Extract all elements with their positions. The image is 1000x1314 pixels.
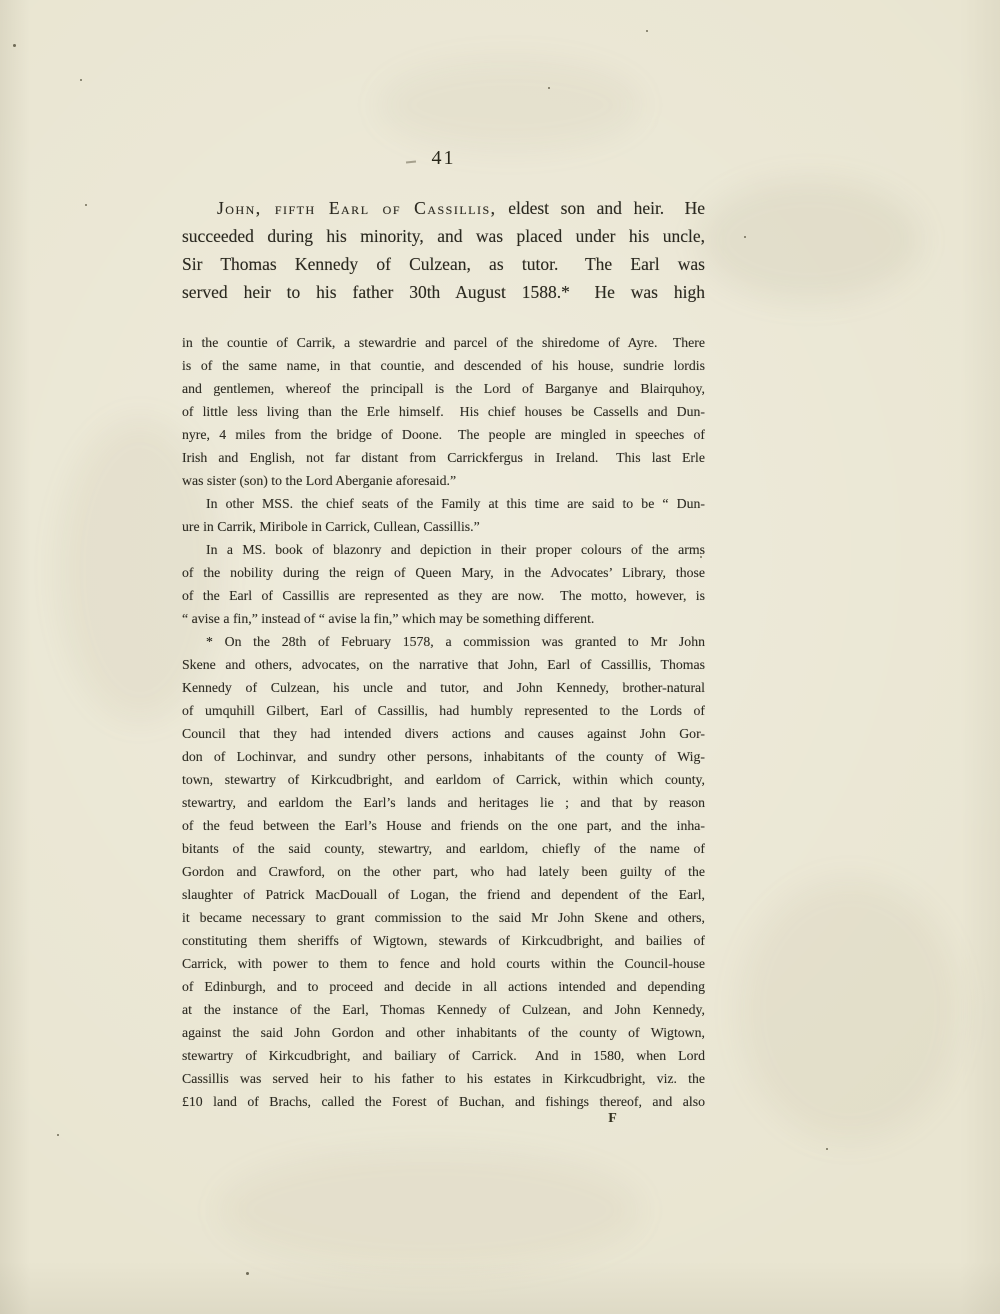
footnote-line: Council that they had intended divers ac… (182, 722, 705, 745)
footnote-line: “ avise a fin,” instead of “ avise la fi… (182, 607, 705, 630)
footnote-line: of the Earl of Cassillis are represented… (182, 584, 705, 607)
footnote-line: bitants of the said county, stewartry, a… (182, 837, 705, 860)
footnote-line: of little less living than the Erle hims… (182, 400, 705, 423)
paper-speck (646, 30, 648, 32)
scanned-book-page: 41 John, fifth Earl of Cassillis, eldest… (0, 0, 1000, 1314)
main-text-line: Sir Thomas Kennedy of Culzean, as tutor.… (182, 250, 705, 278)
footnote-line: of the feud between the Earl’s House and… (182, 814, 705, 837)
paper-blotch (220, 1150, 640, 1270)
smallcaps-name: John, fifth Earl of Cassillis, (217, 198, 497, 218)
footnote-line: * On the 28th of February 1578, a commis… (182, 630, 705, 653)
paper-speck (13, 44, 16, 47)
main-text-lead-line: John, fifth Earl of Cassillis, eldest so… (182, 194, 705, 222)
footnote-line: slaughter of Patrick MacDouall of Logan,… (182, 883, 705, 906)
paper-speck (744, 236, 746, 238)
footnote-line: Kennedy of Culzean, his uncle and tutor,… (182, 676, 705, 699)
footnote-line: at the instance of the Earl, Thomas Kenn… (182, 998, 705, 1021)
footnote-line: In a MS. book of blazonry and depiction … (182, 538, 705, 561)
footnote-line: is of the same name, in that countie, an… (182, 354, 705, 377)
footnote-line: constituting them sheriffs of Wigtown, s… (182, 929, 705, 952)
lead-line-rest: eldest son and heir. He (497, 198, 705, 218)
paper-speck (57, 1134, 59, 1136)
footnote-line: against the said John Gordon and other i… (182, 1021, 705, 1044)
footnote-line: ure in Carrik, Miribole in Carrick, Cull… (182, 515, 705, 538)
footnote-line: stewartry of Kirkcudbright, and bailiary… (182, 1044, 705, 1067)
footnote-line: of Edinburgh, and to proceed and decide … (182, 975, 705, 998)
paper-blotch (740, 880, 960, 1140)
signature-mark: F (583, 1111, 643, 1127)
footnote-block: in the countie of Carrik, a stewardrie a… (182, 331, 705, 1113)
paper-speck (85, 204, 87, 206)
footnote-line: Skene and others, advocates, on the narr… (182, 653, 705, 676)
paper-speck (80, 79, 82, 81)
paper-blotch (380, 60, 640, 150)
footnote-line: don of Lochinvar, and sundry other perso… (182, 745, 705, 768)
footnote-line: Irish and English, not far distant from … (182, 446, 705, 469)
paper-speck (246, 1272, 249, 1275)
footnote-line: stewartry, and earldom the Earl’s lands … (182, 791, 705, 814)
footnote-line: and gentlemen, whereof the principall is… (182, 377, 705, 400)
footnote-line: Gordon and Crawford, on the other part, … (182, 860, 705, 883)
main-text-line: served heir to his father 30th August 15… (182, 278, 705, 306)
paper-blotch (700, 180, 920, 300)
footnote-line: in the countie of Carrik, a stewardrie a… (182, 331, 705, 354)
footnote-line: In other MSS. the chief seats of the Fam… (182, 492, 705, 515)
footnote-line: it became necessary to grant commission … (182, 906, 705, 929)
footnote-line: of the nobility during the reign of Quee… (182, 561, 705, 584)
paper-speck (548, 87, 550, 89)
main-text-line: succeeded during his minority, and was p… (182, 222, 705, 250)
paper-speck (826, 1148, 828, 1150)
footnote-line: of umquhill Gilbert, Earl of Cassillis, … (182, 699, 705, 722)
footnote-line: Carrick, with power to them to fence and… (182, 952, 705, 975)
footnote-line: £10 land of Brachs, called the Forest of… (182, 1090, 705, 1113)
footnote-line: town, stewartry of Kirkcudbright, and ea… (182, 768, 705, 791)
main-paragraph: John, fifth Earl of Cassillis, eldest so… (182, 194, 705, 306)
footnote-line: nyre, 4 miles from the bridge of Doone. … (182, 423, 705, 446)
page-number: 41 (182, 147, 705, 170)
footnote-line: Cassillis was served heir to his father … (182, 1067, 705, 1090)
footnote-line: was sister (son) to the Lord Aberganie a… (182, 469, 705, 492)
